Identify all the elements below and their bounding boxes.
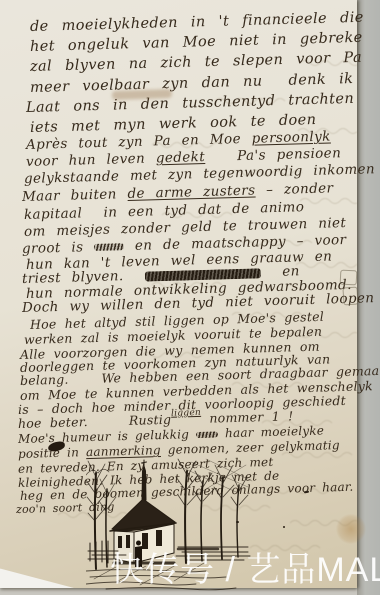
line-text: Maar buiten <box>22 186 128 205</box>
paper-stain <box>336 514 366 544</box>
line-text: – zonder <box>255 180 333 198</box>
pencil-margin-mark <box>342 286 358 305</box>
scanned-letter-page: de moeielykheden in 't financieele die h… <box>0 0 380 595</box>
underlined-word: persoonlyk <box>251 128 331 146</box>
scribbled-out-word <box>196 431 218 438</box>
line-text: haar moeielyke <box>218 423 324 440</box>
pencil-margin-mark <box>340 270 358 286</box>
letter-paper: de moeielykheden in 't financieele die h… <box>0 0 357 588</box>
scribbled-out-word <box>94 243 124 251</box>
watermark: 快传号 / 艺品MALL <box>110 542 380 591</box>
line-text: groot is <box>22 239 95 257</box>
inserted-word-above-line: liggen <box>171 408 201 419</box>
ink-speck <box>283 526 285 528</box>
line-text: nommer 1 ! <box>201 408 294 426</box>
underlined-word: gedekt <box>156 149 206 166</box>
